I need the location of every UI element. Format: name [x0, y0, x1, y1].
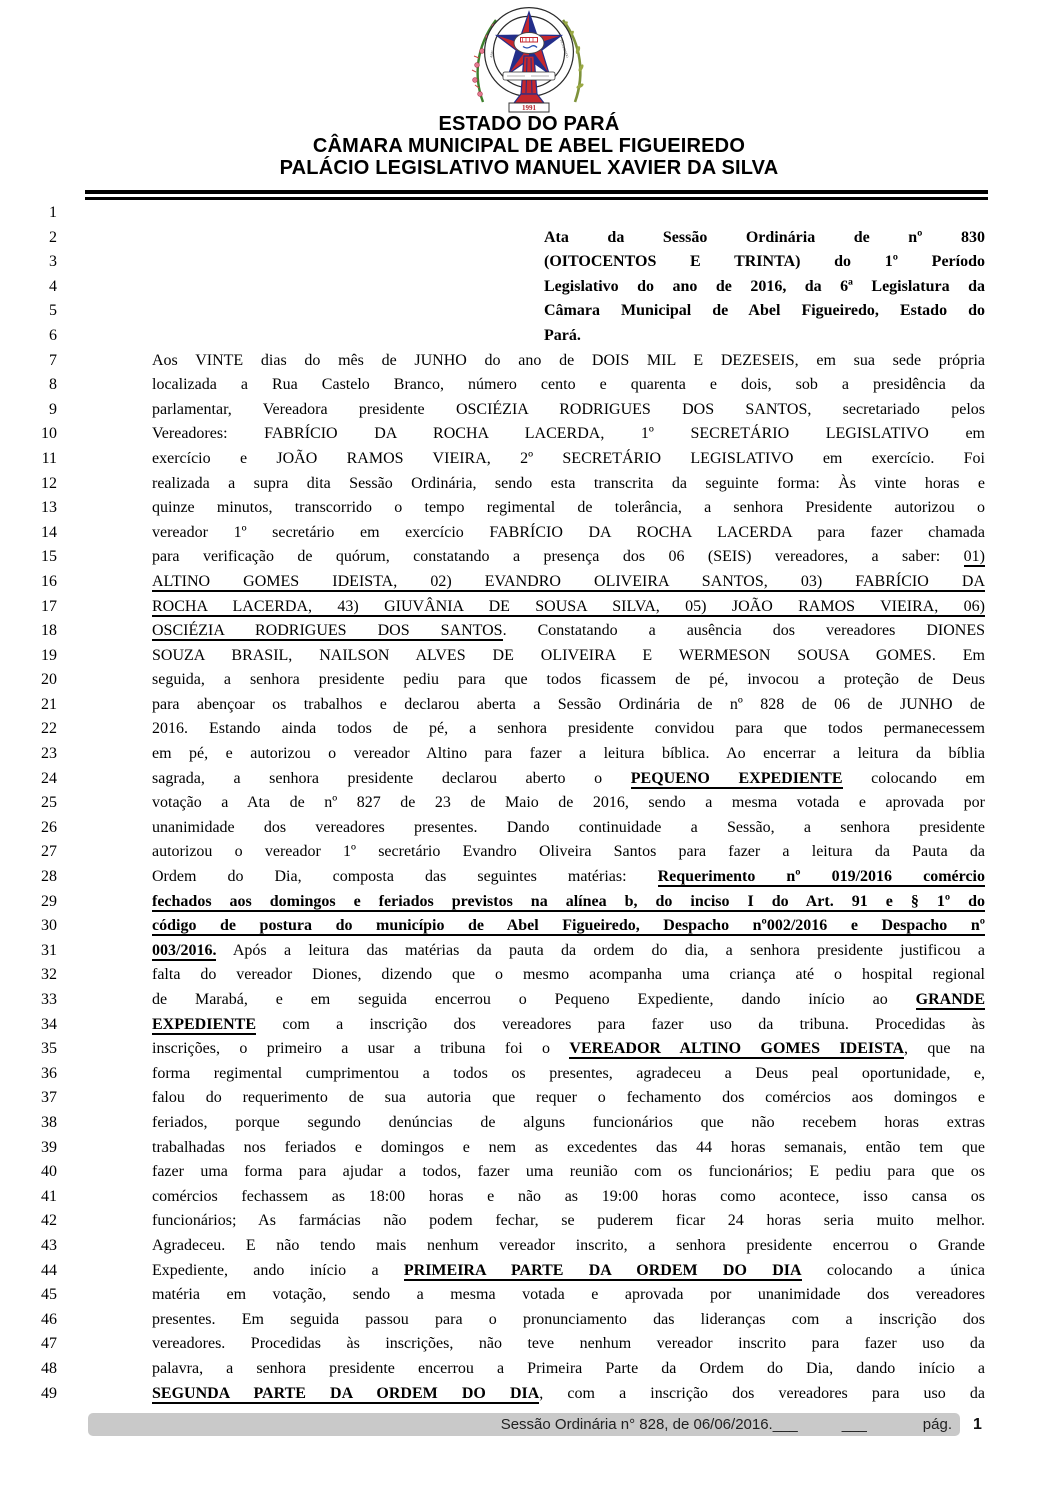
text-segment: feriados, porque segundo denúncias de al… — [152, 1114, 985, 1131]
header-chamber: CÂMARA MUNICIPAL DE ABEL FIGUEIREDO — [0, 135, 1058, 157]
header-state: ESTADO DO PARÁ — [0, 113, 1058, 135]
line-number: 1 — [0, 201, 57, 226]
line-text: 003/2016. Após a leitura das matérias da… — [152, 939, 985, 964]
document-line: 44Expediente, ando início a PRIMEIRA PAR… — [0, 1259, 1058, 1284]
line-number: 43 — [0, 1234, 57, 1259]
text-segment: Aos VINTE dias do mês de JUNHO do ano de… — [152, 352, 985, 369]
document-line: 20seguida, a senhora presidente pediu pa… — [0, 668, 1058, 693]
text-segment: quinze minutos, transcorrido o tempo reg… — [152, 499, 985, 516]
line-number: 49 — [0, 1382, 57, 1407]
document-line: 35inscrições, o primeiro a usar a tribun… — [0, 1037, 1058, 1062]
line-text: SEGUNDA PARTE DA ORDEM DO DIA, com a ins… — [152, 1382, 985, 1407]
line-text: exercício e JOÃO RAMOS VIEIRA, 2º SECRET… — [152, 447, 985, 472]
line-text: matéria em votação, sendo a mesma votada… — [152, 1283, 985, 1308]
line-text: código de postura do município de Abel F… — [152, 914, 985, 939]
line-number: 13 — [0, 496, 57, 521]
line-text: SOUZA BRASIL, NAILSON ALVES DE OLIVEIRA … — [152, 644, 985, 669]
footer-bar: Sessão Ordinária n° 828, de 06/06/2016._… — [88, 1413, 960, 1436]
star-center-oval — [514, 33, 544, 54]
line-text: trabalhadas nos feriados e domingos e ne… — [152, 1136, 985, 1161]
text-segment: vereador 1º secretário em exercício FABR… — [152, 524, 985, 541]
document-line: 5Câmara Municipal de Abel Figueiredo, Es… — [0, 299, 1058, 324]
line-text: localizada a Rua Castelo Branco, número … — [152, 373, 985, 398]
document-line: 18OSCIÉZIA RODRIGUES DOS SANTOS. Constat… — [0, 619, 1058, 644]
line-text: quinze minutos, transcorrido o tempo reg… — [152, 496, 985, 521]
document-line: 46presentes. Em seguida passou para o pr… — [0, 1308, 1058, 1333]
document-line: 1 — [0, 201, 1058, 226]
document-line: 3(OITOCENTOS E TRINTA) do 1º Período — [0, 250, 1058, 275]
line-number: 12 — [0, 472, 57, 497]
line-text: EXPEDIENTE com a inscrição dos vereadore… — [152, 1013, 985, 1038]
line-number: 17 — [0, 595, 57, 620]
text-segment: vereadores. Procedidas às inscrições, nã… — [152, 1335, 985, 1352]
document-line: 41comércios fechassem as 18:00 horas e n… — [0, 1185, 1058, 1210]
text-segment: SOUZA BRASIL, NAILSON ALVES DE OLIVEIRA … — [152, 647, 985, 664]
line-number: 20 — [0, 668, 57, 693]
text-segment: com a inscrição dos vereadores para faze… — [256, 1016, 985, 1033]
document-line: 7Aos VINTE dias do mês de JUNHO do ano d… — [0, 349, 1058, 374]
header-palace: PALÁCIO LEGISLATIVO MANUEL XAVIER DA SIL… — [0, 157, 1058, 179]
document-line: 23em pé, e autorizou o vereador Altino p… — [0, 742, 1058, 767]
line-text: unanimidade dos vereadores presentes. Da… — [152, 816, 985, 841]
line-text — [152, 201, 985, 226]
text-segment: localizada a Rua Castelo Branco, número … — [152, 376, 985, 393]
document-line: 19SOUZA BRASIL, NAILSON ALVES DE OLIVEIR… — [0, 644, 1058, 669]
line-text: vereadores. Procedidas às inscrições, nã… — [152, 1332, 985, 1357]
line-number: 5 — [0, 299, 57, 324]
text-segment: parlamentar, Vereadora presidente OSCIÉZ… — [152, 401, 985, 418]
document-line: 33de Marabá, e em seguida encerrou o Peq… — [0, 988, 1058, 1013]
document-line: 11exercício e JOÃO RAMOS VIEIRA, 2º SECR… — [0, 447, 1058, 472]
text-segment: votação a Ata de nº 827 de 23 de Maio de… — [152, 794, 985, 811]
line-text: Expediente, ando início a PRIMEIRA PARTE… — [152, 1259, 985, 1284]
line-text: comércios fechassem as 18:00 horas e não… — [152, 1185, 985, 1210]
text-segment: sagrada, a senhora presidente declarou a… — [152, 770, 631, 787]
line-number: 14 — [0, 521, 57, 546]
text-segment: inscrições, o primeiro a usar a tribuna … — [152, 1040, 569, 1057]
line-text: inscrições, o primeiro a usar a tribuna … — [152, 1037, 985, 1062]
line-number: 46 — [0, 1308, 57, 1333]
text-segment: Pará. — [544, 327, 581, 344]
text-segment: Ordem do Dia, composta das seguintes mat… — [152, 868, 658, 885]
line-number: 40 — [0, 1160, 57, 1185]
line-number: 22 — [0, 717, 57, 742]
document-line: 24sagrada, a senhora presidente declarou… — [0, 767, 1058, 792]
line-number: 21 — [0, 693, 57, 718]
text-segment: Legislativo do ano de 2016, da 6ª Legisl… — [544, 278, 985, 295]
line-number: 39 — [0, 1136, 57, 1161]
document-line: 32falta do vereador Diones, dizendo que … — [0, 963, 1058, 988]
document-line: 27autorizou o vereador 1º secretário Eva… — [0, 840, 1058, 865]
text-segment: matéria em votação, sendo a mesma votada… — [152, 1286, 985, 1303]
line-number: 2 — [0, 226, 57, 251]
text-segment: PRIMEIRA PARTE DA ORDEM DO DIA — [404, 1262, 802, 1281]
header-double-rule — [85, 190, 988, 200]
line-number: 7 — [0, 349, 57, 374]
line-number: 29 — [0, 890, 57, 915]
document-line: 14vereador 1º secretário em exercício FA… — [0, 521, 1058, 546]
line-number: 6 — [0, 324, 57, 349]
document-line: 9parlamentar, Vereadora presidente OSCIÉ… — [0, 398, 1058, 423]
line-number: 26 — [0, 816, 57, 841]
text-segment: Expediente, ando início a — [152, 1262, 404, 1279]
line-text: Ata da Sessão Ordinária de nº 830 — [544, 226, 985, 251]
line-number: 31 — [0, 939, 57, 964]
text-segment: EXPEDIENTE — [152, 1016, 256, 1035]
text-segment: exercício e JOÃO RAMOS VIEIRA, 2º SECRET… — [152, 450, 985, 467]
document-line: 48palavra, a senhora presidente encerrou… — [0, 1357, 1058, 1382]
text-segment: colocando em — [843, 770, 986, 787]
document-line: 43Agradeceu. E não tendo mais nenhum ver… — [0, 1234, 1058, 1259]
line-number: 35 — [0, 1037, 57, 1062]
line-text: falta do vereador Diones, dizendo que o … — [152, 963, 985, 988]
line-number: 45 — [0, 1283, 57, 1308]
line-number: 19 — [0, 644, 57, 669]
document-line: 21para abençoar os trabalhos e declarou … — [0, 693, 1058, 718]
coat-of-arms-icon: ABEL FIGUEIREDO — [453, 2, 605, 116]
text-segment: unanimidade dos vereadores presentes. Da… — [152, 819, 985, 836]
document-line: 25votação a Ata de nº 827 de 23 de Maio … — [0, 791, 1058, 816]
line-text: Ordem do Dia, composta das seguintes mat… — [152, 865, 985, 890]
line-text: vereador 1º secretário em exercício FABR… — [152, 521, 985, 546]
text-segment: fechados aos domingos e feriados previst… — [152, 893, 985, 912]
footer-page-label: pág. — [923, 1416, 952, 1433]
document-line: 39trabalhadas nos feriados e domingos e … — [0, 1136, 1058, 1161]
line-text: para verificação de quórum, constatando … — [152, 545, 985, 570]
text-segment: palavra, a senhora presidente encerrou a… — [152, 1360, 985, 1377]
document-line: 29fechados aos domingos e feriados previ… — [0, 890, 1058, 915]
document-line: 12realizada a supra dita Sessão Ordinári… — [0, 472, 1058, 497]
line-number: 30 — [0, 914, 57, 939]
line-number: 10 — [0, 422, 57, 447]
line-text: de Marabá, e em seguida encerrou o Peque… — [152, 988, 985, 1013]
text-segment: ALTINO GOMES IDEISTA, 02) EVANDRO OLIVEI… — [152, 573, 985, 592]
line-number: 23 — [0, 742, 57, 767]
line-text: fechados aos domingos e feriados previst… — [152, 890, 985, 915]
text-segment: presentes. Em seguida passou para o pron… — [152, 1311, 985, 1328]
line-text: Vereadores: FABRÍCIO DA ROCHA LACERDA, 1… — [152, 422, 985, 447]
text-segment: 01) — [964, 548, 985, 567]
line-text: (OITOCENTOS E TRINTA) do 1º Período — [544, 250, 985, 275]
text-segment: seguida, a senhora presidente pediu para… — [152, 671, 985, 688]
line-number: 42 — [0, 1209, 57, 1234]
document-line: 4Legislativo do ano de 2016, da 6ª Legis… — [0, 275, 1058, 300]
document-line: 37falou do requerimento de sua autoria q… — [0, 1086, 1058, 1111]
line-text: ROCHA LACERDA, 43) GIUVÂNIA DE SOUSA SIL… — [152, 595, 985, 620]
text-segment: código de postura do município de Abel F… — [152, 917, 985, 936]
line-number: 9 — [0, 398, 57, 423]
document-line: 47vereadores. Procedidas às inscrições, … — [0, 1332, 1058, 1357]
text-segment: forma regimental cumprimentou a todos os… — [152, 1065, 985, 1082]
text-segment: 003/2016. — [152, 942, 216, 961]
line-number: 25 — [0, 791, 57, 816]
document-line: 26unanimidade dos vereadores presentes. … — [0, 816, 1058, 841]
line-number: 48 — [0, 1357, 57, 1382]
text-segment: Ata da Sessão Ordinária de nº 830 — [544, 229, 985, 246]
text-segment: trabalhadas nos feriados e domingos e ne… — [152, 1139, 985, 1156]
text-segment: (OITOCENTOS E TRINTA) do 1º Período — [544, 253, 985, 270]
line-text: para abençoar os trabalhos e declarou ab… — [152, 693, 985, 718]
document-line: 49SEGUNDA PARTE DA ORDEM DO DIA, com a i… — [0, 1382, 1058, 1407]
text-segment: autorizou o vereador 1º secretário Evand… — [152, 843, 985, 860]
line-number: 36 — [0, 1062, 57, 1087]
document-line: 16ALTINO GOMES IDEISTA, 02) EVANDRO OLIV… — [0, 570, 1058, 595]
line-text: OSCIÉZIA RODRIGUES DOS SANTOS. Constatan… — [152, 619, 985, 644]
document-line: 36forma regimental cumprimentou a todos … — [0, 1062, 1058, 1087]
text-segment: realizada a supra dita Sessão Ordinária,… — [152, 475, 985, 492]
line-text: realizada a supra dita Sessão Ordinária,… — [152, 472, 985, 497]
document-line: 28Ordem do Dia, composta das seguintes m… — [0, 865, 1058, 890]
line-number: 3 — [0, 250, 57, 275]
document-line: 13quinze minutos, transcorrido o tempo r… — [0, 496, 1058, 521]
document-line: 45matéria em votação, sendo a mesma vota… — [0, 1283, 1058, 1308]
line-number: 47 — [0, 1332, 57, 1357]
document-line: 17ROCHA LACERDA, 43) GIUVÂNIA DE SOUSA S… — [0, 595, 1058, 620]
document-line: 222016. Estando ainda todos de pé, a sen… — [0, 717, 1058, 742]
line-number: 16 — [0, 570, 57, 595]
line-text: seguida, a senhora presidente pediu para… — [152, 668, 985, 693]
line-number: 15 — [0, 545, 57, 570]
line-text: feriados, porque segundo denúncias de al… — [152, 1111, 985, 1136]
line-number: 27 — [0, 840, 57, 865]
text-segment: 2016. Estando ainda todos de pé, a senho… — [152, 720, 985, 737]
text-segment: PEQUENO EXPEDIENTE — [631, 770, 843, 789]
line-number: 28 — [0, 865, 57, 890]
line-number: 18 — [0, 619, 57, 644]
line-number: 38 — [0, 1111, 57, 1136]
line-number: 11 — [0, 447, 57, 472]
document-line: 8localizada a Rua Castelo Branco, número… — [0, 373, 1058, 398]
text-segment: falou do requerimento de sua autoria que… — [152, 1089, 985, 1106]
text-segment: de Marabá, e em seguida encerrou o Peque… — [152, 991, 916, 1008]
text-segment: VEREADOR ALTINO GOMES IDEISTA — [569, 1040, 904, 1059]
line-number: 44 — [0, 1259, 57, 1284]
line-text: em pé, e autorizou o vereador Altino par… — [152, 742, 985, 767]
text-segment: em pé, e autorizou o vereador Altino par… — [152, 745, 985, 762]
document-line: 30código de postura do município de Abel… — [0, 914, 1058, 939]
text-segment: para verificação de quórum, constatando … — [152, 548, 964, 565]
line-text: 2016. Estando ainda todos de pé, a senho… — [152, 717, 985, 742]
base-plinth: 1991 — [509, 103, 549, 112]
text-segment: fazer uma forma para ajudar a todos, faz… — [152, 1163, 985, 1180]
document-line: 42funcionários; As farmácias não podem f… — [0, 1209, 1058, 1234]
line-text: Pará. — [544, 324, 985, 349]
text-segment: Após a leitura das matérias da pauta da … — [216, 942, 985, 959]
document-line: 38feriados, porque segundo denúncias de … — [0, 1111, 1058, 1136]
text-segment: ROCHA LACERDA, 43) GIUVÂNIA DE SOUSA SIL… — [152, 598, 985, 617]
line-text: votação a Ata de nº 827 de 23 de Maio de… — [152, 791, 985, 816]
text-segment: Câmara Municipal de Abel Figueiredo, Est… — [544, 302, 985, 319]
text-segment: . Constatando a ausência dos vereadores … — [503, 622, 985, 639]
line-text: Legislativo do ano de 2016, da 6ª Legisl… — [544, 275, 985, 300]
line-number: 33 — [0, 988, 57, 1013]
footer-blank-line: ___ — [842, 1416, 867, 1433]
line-text: ALTINO GOMES IDEISTA, 02) EVANDRO OLIVEI… — [152, 570, 985, 595]
document-line: 34EXPEDIENTE com a inscrição dos vereado… — [0, 1013, 1058, 1038]
document-line: 2Ata da Sessão Ordinária de nº 830 — [0, 226, 1058, 251]
line-text: Agradeceu. E não tendo mais nenhum verea… — [152, 1234, 985, 1259]
line-text: Câmara Municipal de Abel Figueiredo, Est… — [544, 299, 985, 324]
line-text: presentes. Em seguida passou para o pron… — [152, 1308, 985, 1333]
line-text: palavra, a senhora presidente encerrou a… — [152, 1357, 985, 1382]
document-line: 6Pará. — [0, 324, 1058, 349]
line-text: autorizou o vereador 1º secretário Evand… — [152, 840, 985, 865]
line-number: 41 — [0, 1185, 57, 1210]
text-segment: Agradeceu. E não tendo mais nenhum verea… — [152, 1237, 985, 1254]
document-line: 15para verificação de quórum, constatand… — [0, 545, 1058, 570]
line-text: Aos VINTE dias do mês de JUNHO do ano de… — [152, 349, 985, 374]
text-segment: SEGUNDA PARTE DA ORDEM DO DIA — [152, 1385, 539, 1404]
line-text: parlamentar, Vereadora presidente OSCIÉZ… — [152, 398, 985, 423]
line-number: 32 — [0, 963, 57, 988]
line-number: 4 — [0, 275, 57, 300]
line-text: falou do requerimento de sua autoria que… — [152, 1086, 985, 1111]
page-number: 1 — [973, 1413, 982, 1436]
logo-year: 1991 — [522, 104, 537, 112]
line-text: sagrada, a senhora presidente declarou a… — [152, 767, 985, 792]
document-line: 31003/2016. Após a leitura das matérias … — [0, 939, 1058, 964]
line-text: funcionários; As farmácias não podem fec… — [152, 1209, 985, 1234]
line-text: forma regimental cumprimentou a todos os… — [152, 1062, 985, 1087]
page: ABEL FIGUEIREDO — [0, 0, 1058, 1497]
line-number: 34 — [0, 1013, 57, 1038]
text-segment: Vereadores: FABRÍCIO DA ROCHA LACERDA, 1… — [152, 425, 985, 442]
line-number: 24 — [0, 767, 57, 792]
text-segment: funcionários; As farmácias não podem fec… — [152, 1212, 985, 1229]
line-text: fazer uma forma para ajudar a todos, faz… — [152, 1160, 985, 1185]
line-number: 37 — [0, 1086, 57, 1111]
text-segment: para abençoar os trabalhos e declarou ab… — [152, 696, 985, 713]
text-segment: , com a inscrição dos vereadores para us… — [539, 1385, 985, 1402]
text-segment: colocando a única — [802, 1262, 985, 1279]
footer-session-text: Sessão Ordinária n° 828, de 06/06/2016._… — [501, 1416, 798, 1433]
text-segment: falta do vereador Diones, dizendo que o … — [152, 966, 985, 983]
line-number: 8 — [0, 373, 57, 398]
text-segment: comércios fechassem as 18:00 horas e não… — [152, 1188, 985, 1205]
document-line: 10Vereadores: FABRÍCIO DA ROCHA LACERDA,… — [0, 422, 1058, 447]
text-segment: OSCIÉZIA RODRIGUES DOS SANTOS — [152, 622, 503, 641]
document-lines: 12Ata da Sessão Ordinária de nº 8303(OIT… — [0, 201, 1058, 1406]
text-segment: GRANDE — [916, 991, 985, 1010]
text-segment: , que na — [904, 1040, 985, 1057]
document-line: 40fazer uma forma para ajudar a todos, f… — [0, 1160, 1058, 1185]
text-segment: Requerimento nº 019/2016 comércio — [658, 868, 985, 887]
